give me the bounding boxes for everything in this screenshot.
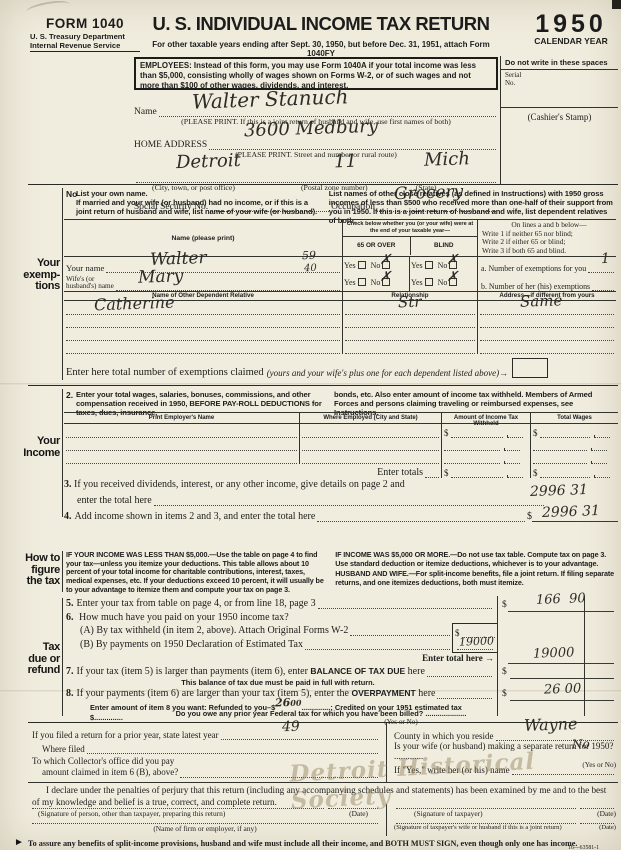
col-wages-header: Total Wages (530, 413, 618, 423)
name-label: Name (134, 107, 157, 117)
checkbox-yes (425, 261, 433, 269)
section-figure-tax: IF YOUR INCOME WAS LESS THAN $5,000.—Use… (28, 550, 618, 594)
home-address-label: HOME ADDRESS (134, 140, 207, 150)
city-value-handwriting: Detroit (176, 150, 241, 173)
state-value-handwriting: Mich (424, 148, 471, 171)
dependent-row: Catherine Str Same (64, 301, 616, 315)
split-income-note: ► To assure any benefits of split-income… (14, 837, 610, 848)
item5-number: 5. (66, 598, 74, 609)
section-income: 2. Enter your total wages, salaries, bon… (28, 385, 618, 548)
item3-number: 3. (64, 479, 72, 490)
item7-number: 7. (66, 666, 74, 677)
item6-number: 6. (66, 612, 74, 623)
your-blind-checkboxes: Yes No✗ (409, 257, 477, 273)
your-age-handwriting: 59 (302, 249, 316, 262)
dependent-row (64, 315, 616, 328)
dotted-leader (345, 351, 475, 354)
section-tax-due: 5. Enter your tax from table on page 4, … (28, 596, 618, 720)
dependent-row (64, 328, 616, 341)
wage-table-header: Print Employer's Name Where Employed (Ci… (64, 413, 618, 424)
exemptions-b-line: b. Number of her (his) exemptions (477, 273, 616, 291)
col-65-header: 65 OR OVER (343, 237, 410, 255)
item6: 6. How much have you paid on your 1950 i… (66, 612, 289, 623)
item6-total-handwriting: 19000 (533, 645, 575, 661)
subtitle: For other taxable years ending after Sep… (140, 40, 502, 58)
address-line: HOME ADDRESS 3600 Medbury (134, 128, 498, 150)
x-mark-handwriting: ✗ (379, 269, 391, 285)
item8-amount-handwriting: 26 00 (544, 681, 582, 697)
dotted-leader (87, 751, 378, 754)
cents-column-divider (584, 596, 585, 716)
dotted-leader (588, 270, 614, 273)
form-1040-scan: FORM 1040 U. S. Treasury Department Inte… (0, 0, 621, 850)
enter-total-here-label: Enter total here → (358, 653, 494, 663)
calendar-year-label: CALENDAR YEAR (524, 36, 618, 46)
item8-number: 8. (66, 688, 74, 699)
wife-name-label: Wife's (or husband's) name (66, 276, 114, 291)
exemptions-a-value-handwriting: 1 (601, 251, 610, 267)
split-income-text: To assure any benefits of split-income p… (28, 839, 578, 848)
checkbox-yes (358, 278, 366, 286)
dotted-leader (437, 696, 492, 699)
tax-year: 1950 (524, 10, 618, 39)
col-withheld-header: Amount of Income Tax Withheld (441, 413, 530, 423)
dollar-sign: $ (502, 689, 507, 699)
item6a: (A) By tax withheld (in item 2, above). … (80, 625, 452, 636)
amount-entry-line (508, 611, 614, 612)
wage-table: Print Employer's Name Where Employed (Ci… (64, 412, 618, 478)
cents-cell (594, 475, 610, 478)
dotted-leader (221, 737, 378, 740)
cents-cell (507, 475, 523, 478)
dotted-leader (154, 503, 544, 506)
checkbox-yes (425, 278, 433, 286)
item6-text: How much have you paid on your 1950 inco… (79, 612, 289, 623)
dotted-leader (318, 606, 492, 609)
spouse-signature-label: (Signature of taxpayer's wife or husband… (394, 824, 562, 831)
name-line: Name Walter Stanuch (134, 95, 498, 117)
wife-name-row: Wife's (or husband's) name Mary 40 Yes N… (64, 273, 616, 291)
total-exemptions-note: (yours and your wife's plus one for each… (267, 368, 508, 378)
item7-text: If your tax (item 5) is larger than paym… (77, 666, 425, 677)
item4-amount-line: 2996 31 (532, 509, 618, 522)
county-handwriting: Wayne (524, 714, 578, 735)
item3: 3. If you received dividends, interest, … (64, 479, 618, 506)
your-65-checkboxes: Yes No✗ (342, 257, 409, 273)
section-bracket (62, 598, 63, 716)
checkbox-yes (358, 261, 366, 269)
dotted-leader (350, 633, 450, 636)
dotted-leader (345, 312, 475, 315)
item7-note: This balance of tax due must be paid in … (118, 678, 438, 687)
item4-amount-handwriting: 2996 31 (542, 503, 600, 521)
arrow-icon: ► (14, 837, 24, 848)
refund-amount-handwriting: 2600 (275, 696, 302, 710)
wage-row (64, 451, 618, 464)
your-name-label: Your name (66, 263, 104, 273)
exemptions-a-line: a. Number of exemptions for you 1 (477, 257, 616, 273)
address-value-handwriting: 3600 Medbury (244, 116, 379, 142)
amount-entry-line (510, 700, 614, 701)
dotted-leader (451, 475, 503, 478)
item6a-text: (A) By tax withheld (in item 2, above). … (80, 625, 348, 636)
dollar-sign: $ (444, 428, 449, 438)
serial-label-line2: No. (505, 79, 515, 87)
col-employer-header: Print Employer's Name (64, 413, 299, 423)
dotted-leader (480, 312, 614, 315)
form-print-code: 16—63581-1 (568, 845, 599, 850)
lines-ab-note: On lines a and b below— Write 1 if neith… (477, 220, 616, 256)
amount-column-divider (497, 596, 498, 716)
date-label: (Date) (599, 824, 616, 831)
dotted-leader (457, 647, 493, 650)
dollar-sign: $ (502, 600, 507, 610)
item8-text: If your payments (item 6) are larger tha… (77, 688, 436, 699)
dollar-sign: $ (444, 468, 449, 478)
item2-number: 2. (66, 390, 73, 400)
x-mark-handwriting: ✗ (446, 252, 458, 268)
col-where-header: Where Employed (City and State) (299, 413, 441, 423)
dotted-leader (592, 288, 614, 291)
dotted-leader (66, 351, 340, 354)
figure-tax-right2: HUSBAND AND WIFE.—For split-income benef… (335, 570, 616, 587)
name-value-handwriting: Walter Stanuch (192, 84, 349, 113)
dependent-row (64, 341, 616, 354)
section-bracket (62, 551, 63, 592)
wage-row (64, 438, 618, 451)
serial-no-label: Serial No. (501, 70, 618, 108)
item5-text: Enter your tax from table on page 4, or … (77, 598, 316, 609)
item5: 5. Enter your tax from table on page 4, … (66, 598, 494, 609)
dependent-name-handwriting: Catherine (94, 293, 175, 315)
item3-text-b: enter the total here (77, 495, 152, 506)
figure-tax-right1: IF INCOME WAS $5,000 OR MORE.—Do not use… (335, 551, 616, 568)
wife-name-value-handwriting: Mary (138, 266, 184, 288)
dollar-sign: $ (533, 428, 538, 438)
item6b-text: (B) By payments on 1950 Declaration of E… (80, 639, 303, 650)
item7: 7. If your tax (item 5) is larger than p… (66, 666, 494, 677)
dollar-sign: $ (533, 468, 538, 478)
total-exemptions-label: Enter here total number of exemptions cl… (66, 367, 264, 378)
dotted-leader (116, 288, 340, 291)
firm-label: (Name of firm or employer, if any) (30, 824, 380, 833)
figure-tax-left: IF YOUR INCOME WAS LESS THAN $5,000.—Use… (66, 551, 325, 594)
col-blind-header: BLIND (410, 237, 478, 255)
wife-blind-checkboxes: Yes No✗ (409, 273, 477, 291)
col-name-header: Name (please print) (171, 235, 234, 242)
form-number: FORM 1040 (30, 16, 140, 31)
enter-totals-label: Enter totals (377, 467, 423, 478)
scan-edge-artifact (612, 0, 621, 9)
exemptions-table-header: Name (please print) Check below whether … (64, 220, 616, 256)
dotted-leader (540, 475, 590, 478)
item6b: (B) By payments on 1950 Declaration of E… (80, 639, 452, 650)
item6-amount-box: $ 19000 (452, 623, 497, 653)
dotted-leader (317, 519, 525, 522)
amount-entry-line (508, 663, 614, 664)
item3-amount-handwriting: 2996 31 (530, 481, 588, 499)
prior-year-handwriting: 49 (282, 719, 300, 736)
exemptions-table: Name (please print) Check below whether … (64, 219, 616, 378)
city-line: Detroit 11 Mich (134, 159, 498, 183)
where-filed-line: Where filed (32, 740, 380, 754)
item3-text-a: If you received dividends, interest, or … (74, 479, 405, 490)
dotted-leader (305, 647, 450, 650)
section-exemptions: No List your own name. If married and yo… (28, 184, 618, 383)
form-id-block: FORM 1040 U. S. Treasury Department Inte… (30, 16, 140, 52)
preparer-signature-label: (Signature of person, other than taxpaye… (38, 809, 225, 818)
office-use-panel: Do not write in these spaces Serial No. … (500, 56, 618, 185)
total-exemptions-box (512, 358, 548, 378)
check-header: Check below whether you (or your wife) w… (343, 220, 477, 237)
prior-year-line: If you filed a return for a prior year, … (32, 726, 380, 740)
wife-age-handwriting: 40 (304, 263, 317, 274)
do-not-write-label: Do not write in these spaces (501, 56, 618, 70)
treasury-dept: U. S. Treasury Department (30, 32, 140, 41)
amount-entry-line (510, 678, 614, 679)
page-title: U. S. INDIVIDUAL INCOME TAX RETURN (138, 13, 504, 35)
year-block: 1950 CALENDAR YEAR (524, 10, 618, 46)
section-bracket (62, 389, 63, 517)
section-bracket (62, 188, 63, 380)
irs-label: Internal Revenue Service (30, 41, 140, 52)
zone-value-handwriting: 11 (334, 151, 358, 173)
item4: 4. Add income shown in items 2 and 3, an… (64, 508, 618, 522)
wage-totals-row: Enter totals $ $ (64, 464, 618, 478)
wage-row: $ $ (64, 424, 618, 438)
x-mark-handwriting: ✗ (379, 252, 391, 268)
x-mark-handwriting: ✗ (446, 269, 458, 285)
cashiers-stamp-label: (Cashier's Stamp) (501, 108, 618, 122)
item4-text: Add income shown in items 2 and 3, and e… (75, 511, 316, 522)
total-exemptions-line: Enter here total number of exemptions cl… (64, 354, 616, 378)
dotted-leader (427, 674, 492, 677)
dotted-leader (480, 351, 614, 354)
wife-65-checkboxes: Yes No✗ (342, 273, 409, 291)
taxpayer-signature-label: (Signature of taxpayer) (414, 809, 483, 818)
dependent-relationship-handwriting: Str (398, 293, 422, 312)
dependent-address-handwriting: Same (520, 291, 563, 310)
date-label: (Date) (597, 809, 616, 818)
item5-amount-handwriting: 166 90 (536, 591, 586, 608)
dotted-leader (425, 475, 439, 478)
dollar-sign: $ (502, 667, 507, 677)
item4-number: 4. (64, 511, 72, 522)
